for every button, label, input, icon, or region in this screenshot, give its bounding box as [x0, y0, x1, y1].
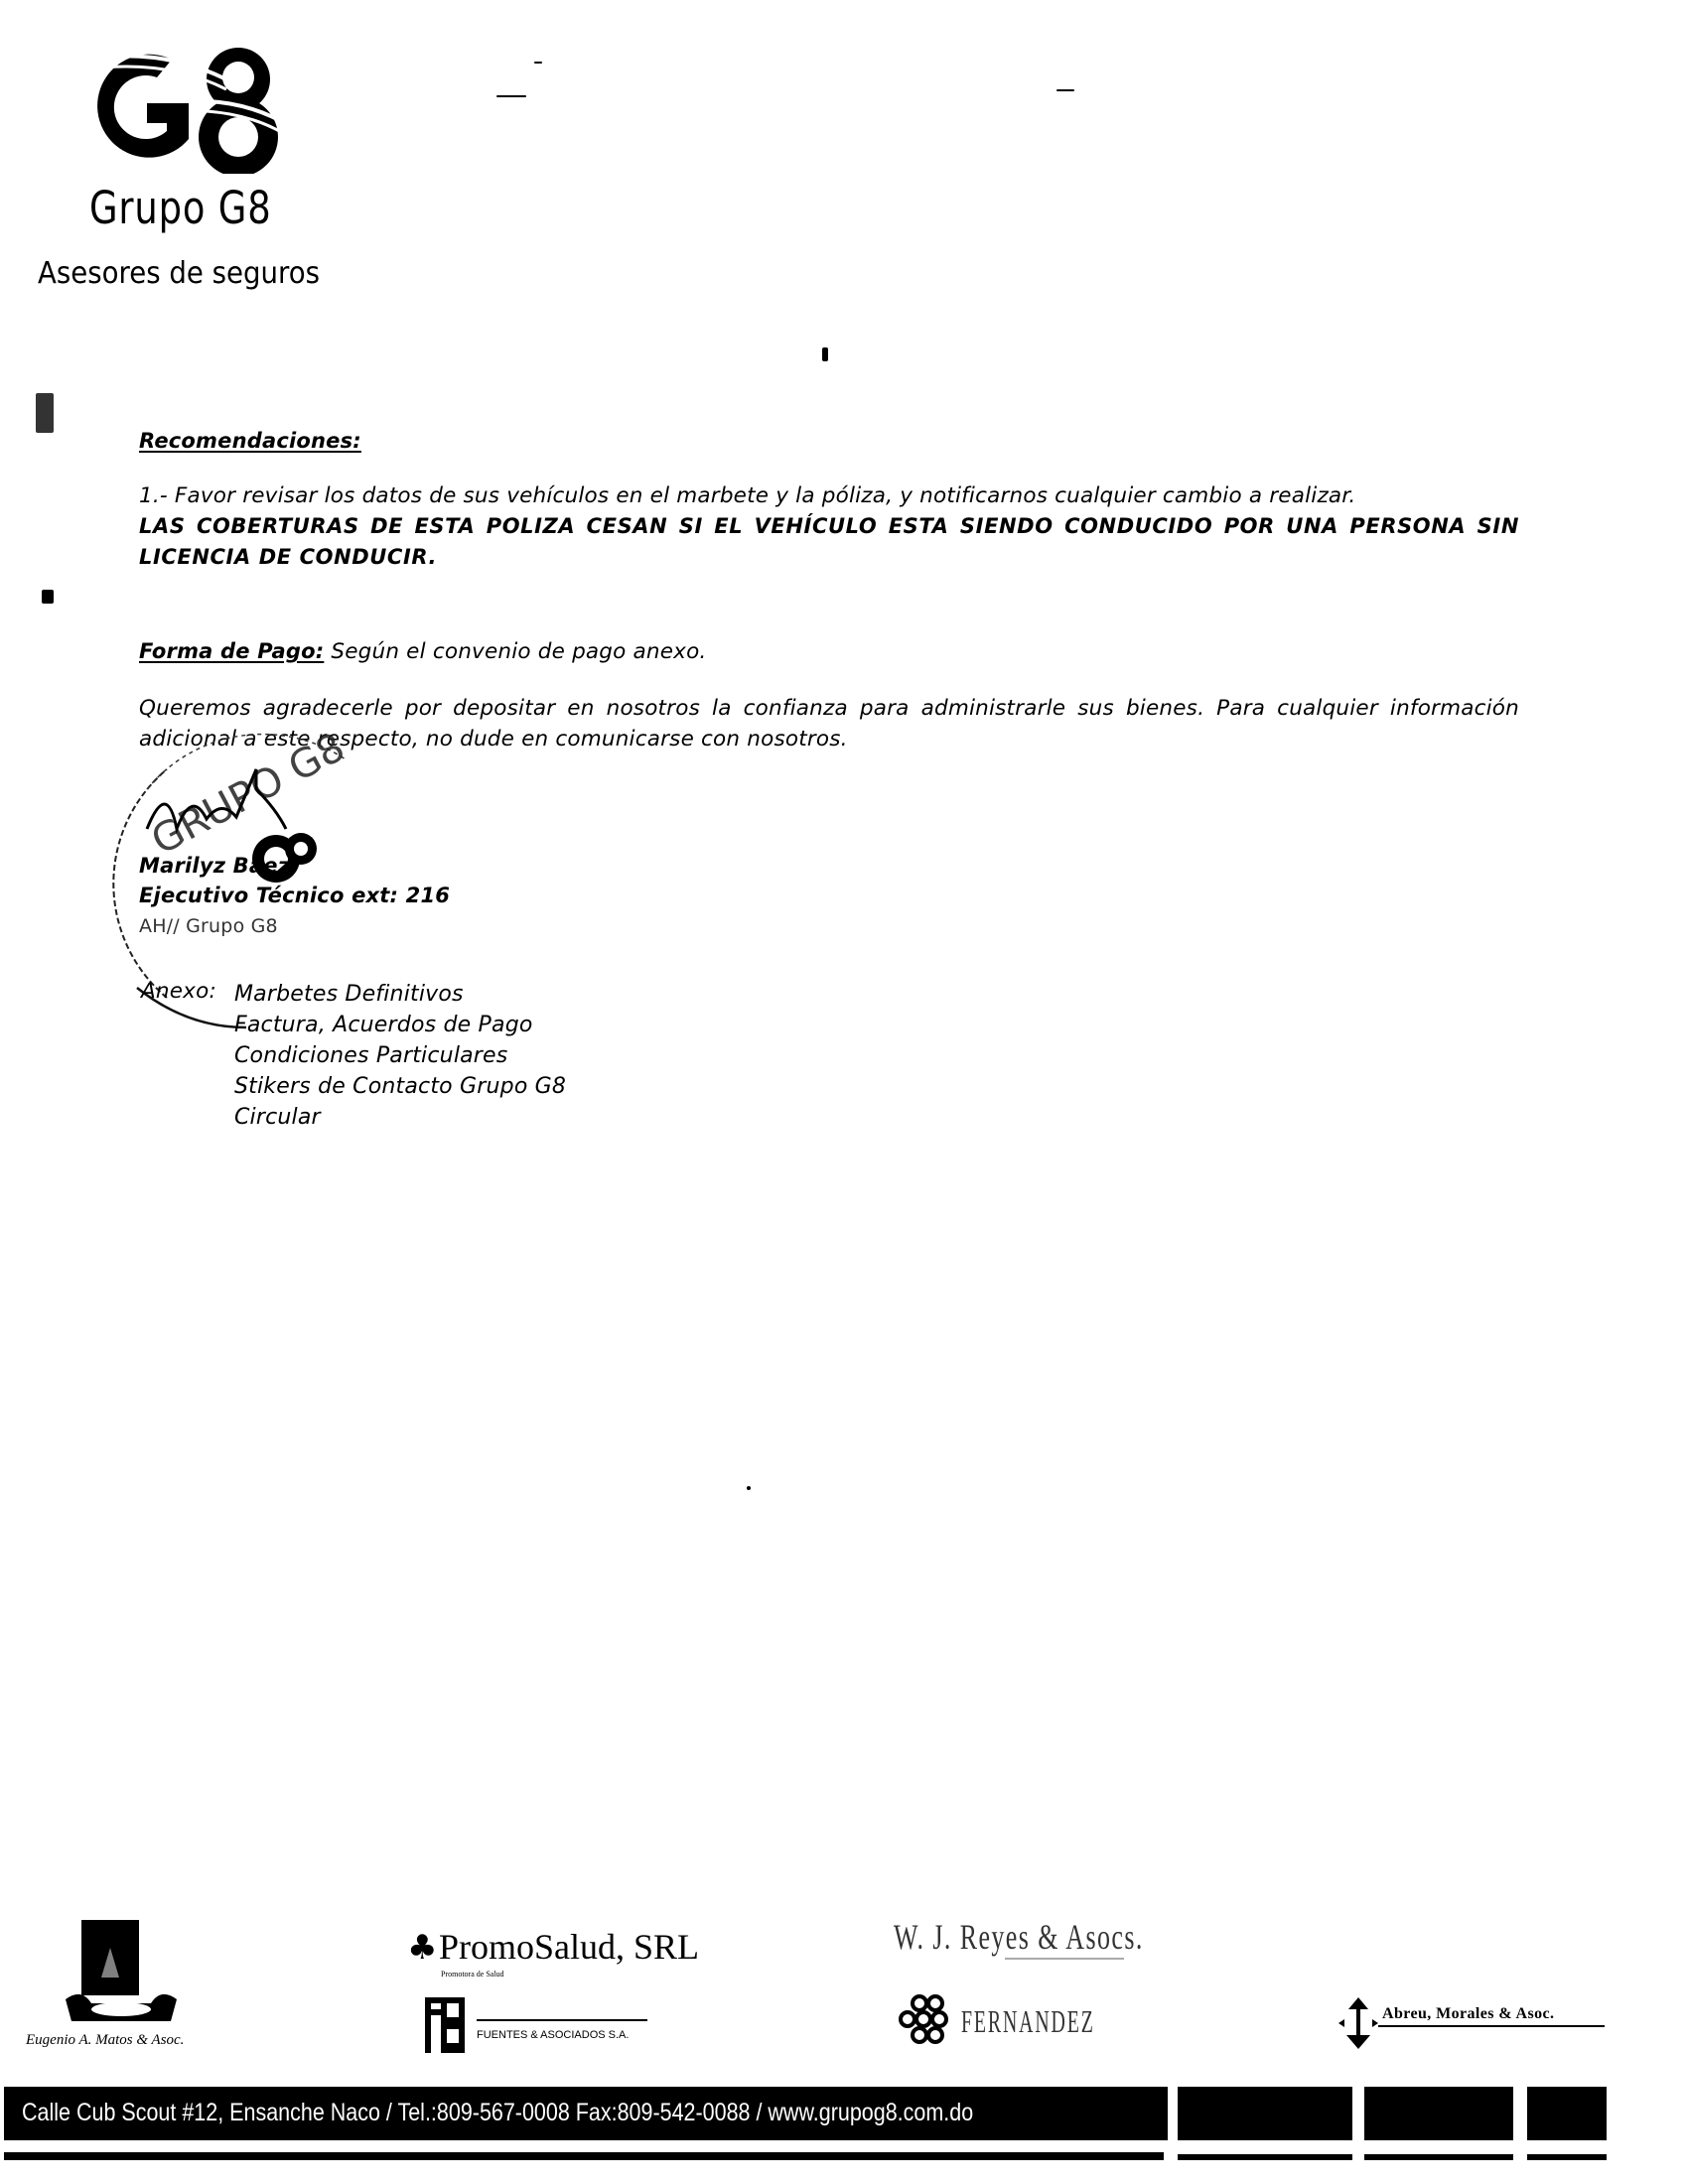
scan-artifact	[36, 393, 54, 433]
partner-fernandez: FERNANDEZ	[961, 2003, 1095, 2040]
signature-initials: AH// Grupo G8	[139, 915, 278, 937]
anexo-item: Marbetes Definitivos	[234, 979, 566, 1010]
forma-de-pago-text: Según el convenio de pago anexo.	[331, 639, 706, 664]
footer-address: Calle Cub Scout #12, Ensanche Naco / Tel…	[22, 2099, 973, 2127]
divider	[477, 2019, 647, 2021]
svg-text:GRUPO G8: GRUPO G8	[144, 730, 352, 864]
footer-block	[1527, 2087, 1607, 2140]
scan-artifact	[747, 1486, 751, 1490]
abreu-arrows-icon	[1338, 1997, 1378, 2049]
footer-block	[1364, 2087, 1513, 2140]
partner-promosalud: PromoSalud, SRL	[439, 1926, 699, 1968]
forma-de-pago: Forma de Pago: Según el convenio de pago…	[139, 639, 706, 664]
recomendacion-item-1: 1.- Favor revisar los datos de sus vehíc…	[139, 480, 1519, 511]
footer-rule	[1178, 2154, 1352, 2160]
partner-abreu: Abreu, Morales & Asoc.	[1382, 2005, 1554, 2023]
mathos-crest-icon	[62, 1918, 181, 2027]
scan-artifact	[496, 95, 526, 97]
partner-reyes-sub	[1005, 1958, 1124, 1960]
scan-artifact	[42, 590, 54, 604]
grupo-g8-logo-icon	[77, 40, 298, 174]
divider	[1378, 2025, 1605, 2027]
footer-address-bar: Calle Cub Scout #12, Ensanche Naco / Tel…	[4, 2087, 1168, 2140]
clover-icon: ♣	[407, 1928, 437, 1968]
company-tagline: Asesores de seguros	[38, 256, 320, 291]
footer-rule	[1364, 2154, 1513, 2160]
signature-name: Marilyz Baez	[139, 854, 290, 878]
policy-warning: LAS COBERTURAS DE ESTA POLIZA CESAN SI E…	[139, 511, 1519, 573]
partner-promosalud-sub: Promotora de Salud	[441, 1970, 504, 1979]
footer-block	[1178, 2087, 1352, 2140]
recomendaciones-block: 1.- Favor revisar los datos de sus vehíc…	[139, 480, 1519, 573]
scan-artifact	[822, 347, 828, 361]
anexo-item: Condiciones Particulares	[234, 1040, 566, 1071]
anexo-list: Marbetes Definitivos Factura, Acuerdos d…	[234, 979, 566, 1133]
fuentes-logo-icon	[425, 1997, 465, 2053]
partner-mathos: Eugenio A. Matos & Asoc.	[26, 2032, 184, 2049]
partner-fuentes: FUENTES & ASOCIADOS S.A.	[477, 2029, 629, 2041]
footer-rule	[4, 2152, 1164, 2160]
company-name: Grupo G8	[89, 182, 272, 234]
anexo-label: Anexo:	[141, 979, 216, 1004]
signature-title: Ejecutivo Técnico ext: 216	[139, 884, 450, 907]
forma-de-pago-label: Forma de Pago:	[139, 639, 324, 663]
anexo-item: Circular	[234, 1102, 566, 1133]
anexo-item: Stikers de Contacto Grupo G8	[234, 1071, 566, 1102]
scan-artifact	[534, 62, 542, 64]
recomendaciones-heading: Recomendaciones:	[139, 429, 361, 453]
anexo-item: Factura, Acuerdos de Pago	[234, 1010, 566, 1040]
partner-reyes: W. J. Reyes & Asocs.	[894, 1916, 1144, 1958]
scan-artifact	[1056, 89, 1074, 91]
footer-rule	[1527, 2154, 1607, 2160]
fernandez-knot-icon	[898, 1993, 957, 2049]
